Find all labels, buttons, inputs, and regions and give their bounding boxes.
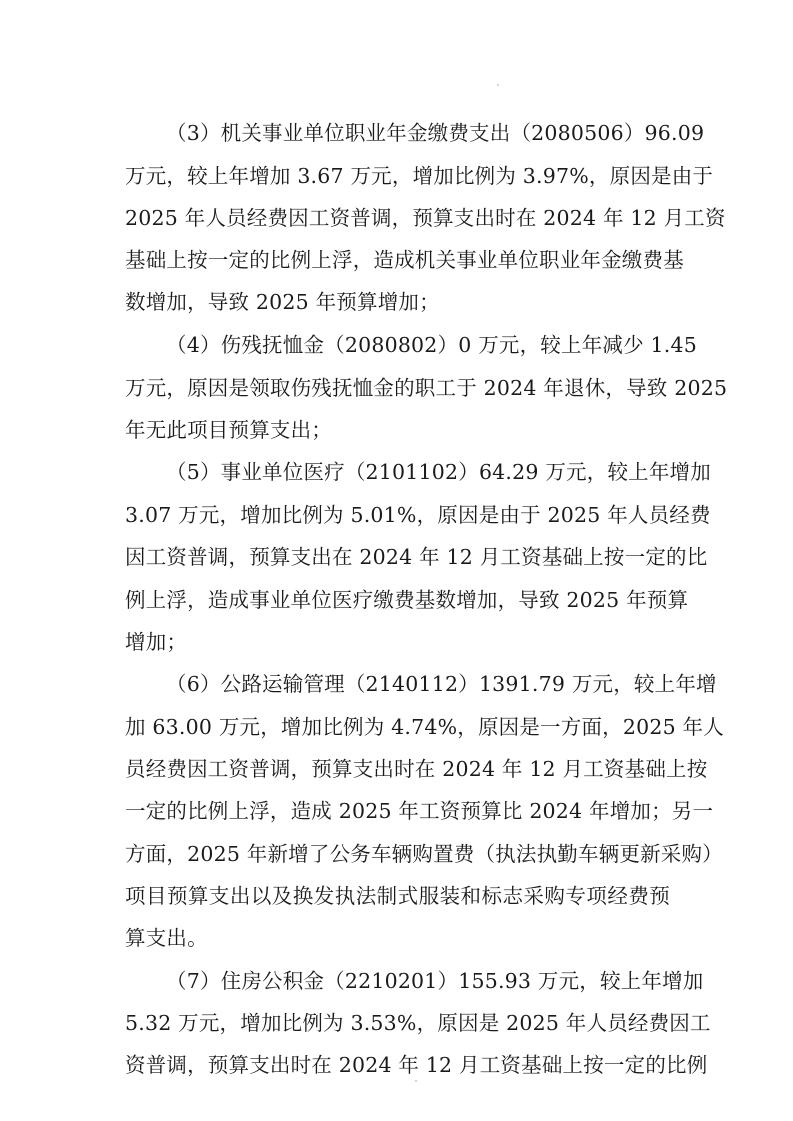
text-line: 5.32 万元，增加比例为 3.53%，原因是 2025 年人员经费因工 bbox=[125, 1007, 670, 1039]
text-line: 万元，较上年增加 3.67 万元，增加比例为 3.97%，原因是由于 bbox=[125, 160, 670, 192]
text-line: 方面，2025 年新增了公务车辆购置费（执法执勤车辆更新采购） bbox=[125, 838, 670, 870]
text-line: （5）事业单位医疗（2101102）64.29 万元，较上年增加 bbox=[166, 456, 670, 488]
text-line: （4）伤残抚恤金（2080802）0 万元，较上年减少 1.45 bbox=[166, 329, 670, 361]
text-line: 员经费因工资普调，预算支出时在 2024 年 12 月工资基础上按 bbox=[125, 753, 670, 785]
scan-speck bbox=[497, 84, 499, 86]
text-line: 因工资普调，预算支出在 2024 年 12 月工资基础上按一定的比 bbox=[125, 541, 670, 573]
text-line: 2025 年人员经费因工资普调，预算支出时在 2024 年 12 月工资 bbox=[125, 202, 670, 234]
text-line: （6）公路运输管理（2140112）1391.79 万元，较上年增 bbox=[166, 668, 670, 700]
text-line: （7）住房公积金（2210201）155.93 万元，较上年增加 bbox=[166, 965, 670, 997]
text-line: 例上浮，造成事业单位医疗缴费基数增加，导致 2025 年预算 bbox=[125, 584, 670, 616]
text-line: （3）机关事业单位职业年金缴费支出（2080506）96.09 bbox=[166, 117, 670, 149]
text-line: 万元，原因是领取伤残抚恤金的职工于 2024 年退休，导致 2025 bbox=[125, 372, 670, 404]
text-line: 资普调，预算支出时在 2024 年 12 月工资基础上按一定的比例 bbox=[125, 1049, 670, 1081]
scan-speck bbox=[415, 1080, 417, 1082]
text-line: 3.07 万元，增加比例为 5.01%，原因是由于 2025 年人员经费 bbox=[125, 499, 670, 531]
text-line: 一定的比例上浮，造成 2025 年工资预算比 2024 年增加；另一 bbox=[125, 795, 670, 827]
text-line: 项目预算支出以及换发执法制式服装和标志采购专项经费预 bbox=[125, 880, 670, 912]
document-page: （3）机关事业单位职业年金缴费支出（2080506）96.09 万元，较上年增加… bbox=[0, 0, 793, 1121]
text-line: 数增加，导致 2025 年预算增加； bbox=[125, 286, 670, 318]
text-line: 算支出。 bbox=[125, 922, 670, 954]
text-line: 基础上按一定的比例上浮，造成机关事业单位职业年金缴费基 bbox=[125, 244, 670, 276]
text-line: 加 63.00 万元，增加比例为 4.74%，原因是一方面，2025 年人 bbox=[125, 711, 670, 743]
text-line: 增加； bbox=[125, 626, 670, 658]
text-line: 年无此项目预算支出； bbox=[125, 414, 670, 446]
